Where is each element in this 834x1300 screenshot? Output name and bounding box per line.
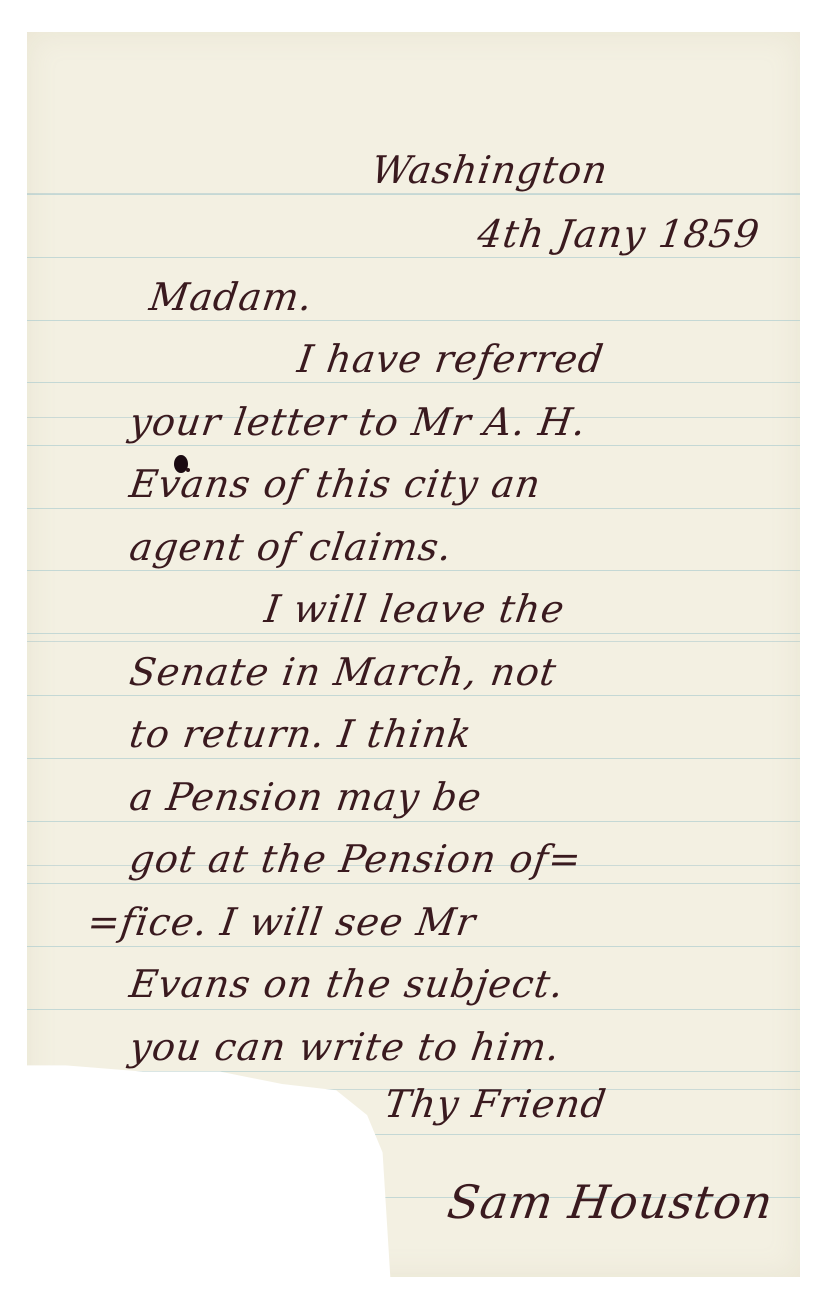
letter-closing: Thy Friend — [382, 1082, 610, 1126]
body-line: your letter to Mr A. H. — [127, 400, 589, 444]
body-line: a Pension may be — [127, 775, 485, 819]
letter-signature: Sam Houston — [444, 1175, 777, 1229]
body-line: got at the Pension of= — [127, 837, 585, 881]
letter-salutation: Madam. — [147, 275, 316, 319]
body-line: I will leave the — [262, 587, 568, 631]
ink-blot-small — [186, 468, 190, 472]
body-line: you can write to him. — [127, 1025, 563, 1069]
body-line: Evans on the subject. — [127, 962, 567, 1006]
body-line: =fice. I will see Mr — [85, 900, 479, 944]
letter-place: Washington — [369, 148, 611, 192]
body-line: Senate in March, not — [127, 650, 560, 694]
body-line: to return. I think — [127, 712, 475, 756]
body-line: I have referred — [295, 337, 607, 381]
body-line: agent of claims. — [127, 525, 455, 569]
letter-date: 4th Jany 1859 — [475, 212, 763, 256]
